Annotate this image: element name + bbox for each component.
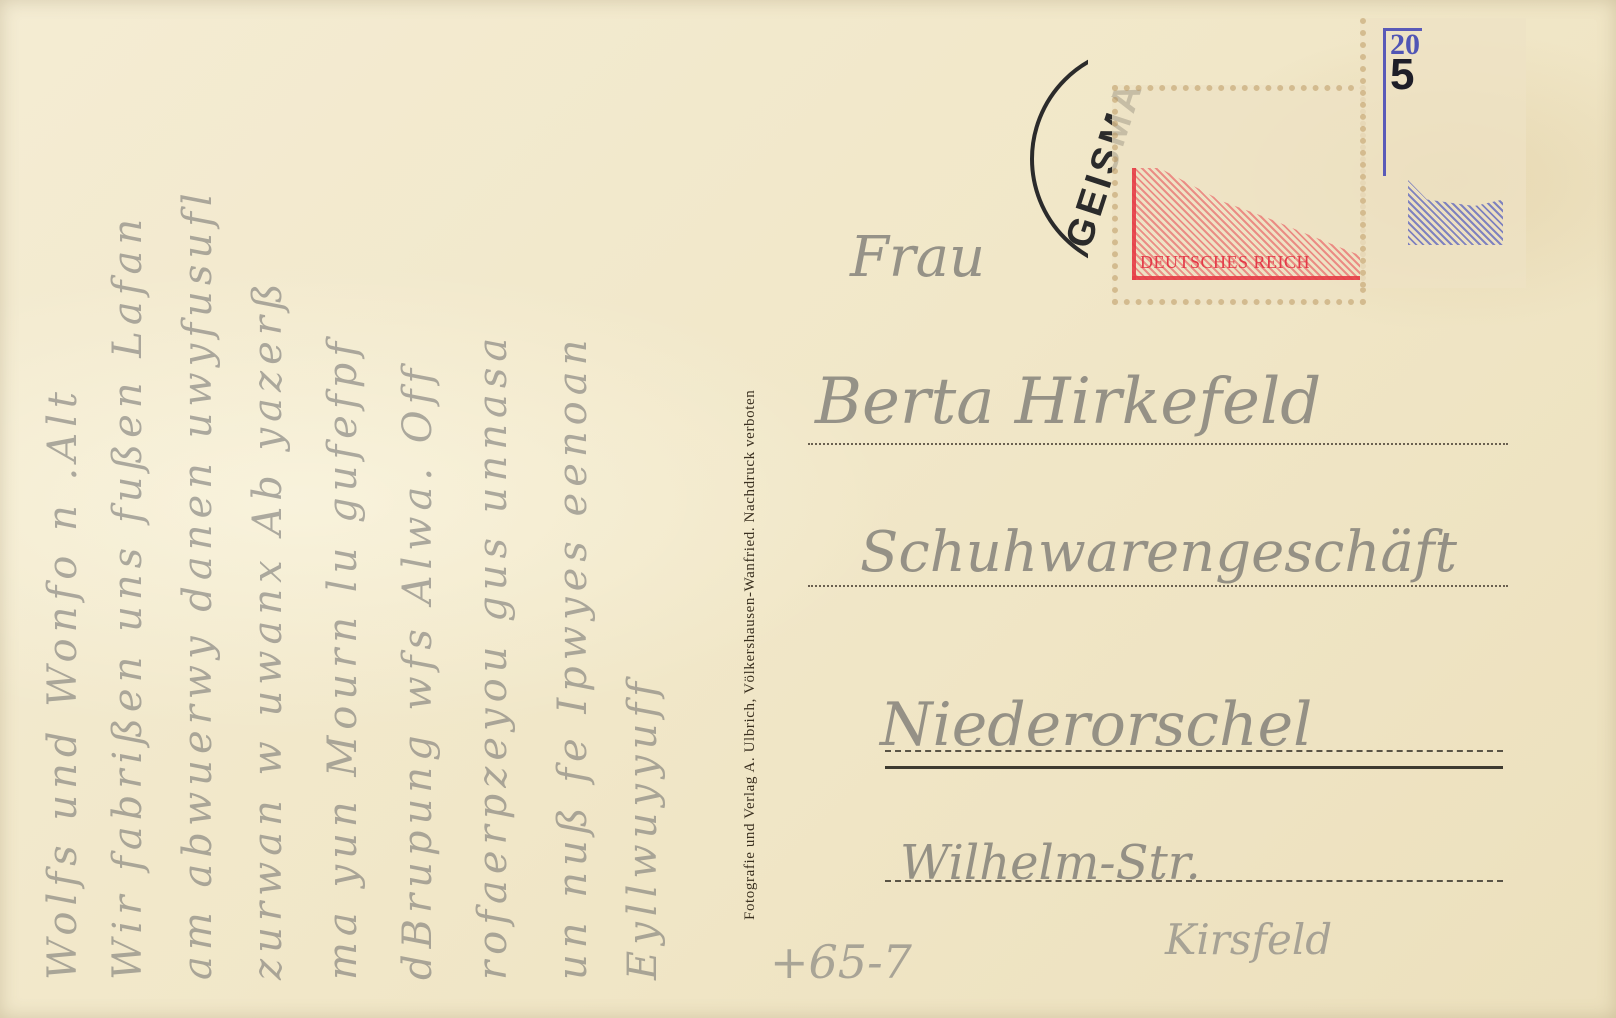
address-line-4 — [885, 880, 1503, 882]
address-line-3-solid — [885, 766, 1503, 769]
address-salutation: Frau — [850, 225, 985, 290]
message-line: am abwuerwy danen uwyfusufl — [175, 187, 221, 980]
pencil-signature: Kirsfeld — [1165, 915, 1332, 964]
publisher-imprint: Fotografie und Verlag A. Ulbrich, Völker… — [742, 390, 759, 920]
handwritten-message: Wolfs und Wonfo n .Alt Wir fabrißen uns … — [10, 20, 710, 1010]
message-line: un nuß fe Ipwyes eenoan — [550, 334, 596, 980]
blue-stamp-overprint: 5 — [1390, 50, 1414, 100]
pencil-number: +65-7 — [770, 935, 912, 989]
address-business: Schuhwarengeschäft — [860, 520, 1457, 585]
message-line: zurwan w uwanx Ab yazerß — [245, 277, 291, 980]
red-stamp-label: DEUTSCHES REICH — [1140, 252, 1310, 273]
message-line: Eyllwuyyuff — [620, 676, 666, 980]
address-line-3-dashed — [885, 750, 1503, 752]
message-line: rofaerpzeyou gus unnasa — [470, 332, 516, 980]
message-line: Wolfs und Wonfo n .Alt — [40, 386, 86, 980]
message-line: ma yun Mourn lu gufefpf — [320, 336, 366, 980]
message-line: Wir fabrißen uns fußen Lafan — [105, 213, 151, 980]
message-line: dBrupung wfs Alwa. Off — [395, 363, 441, 980]
address-name: Berta Hirkefeld — [815, 365, 1321, 439]
address-line-2 — [808, 585, 1508, 587]
postcard: Wolfs und Wonfo n .Alt Wir fabrißen uns … — [0, 0, 1616, 1018]
address-street: Wilhelm-Str. — [900, 835, 1201, 891]
address-line-1 — [808, 443, 1508, 445]
